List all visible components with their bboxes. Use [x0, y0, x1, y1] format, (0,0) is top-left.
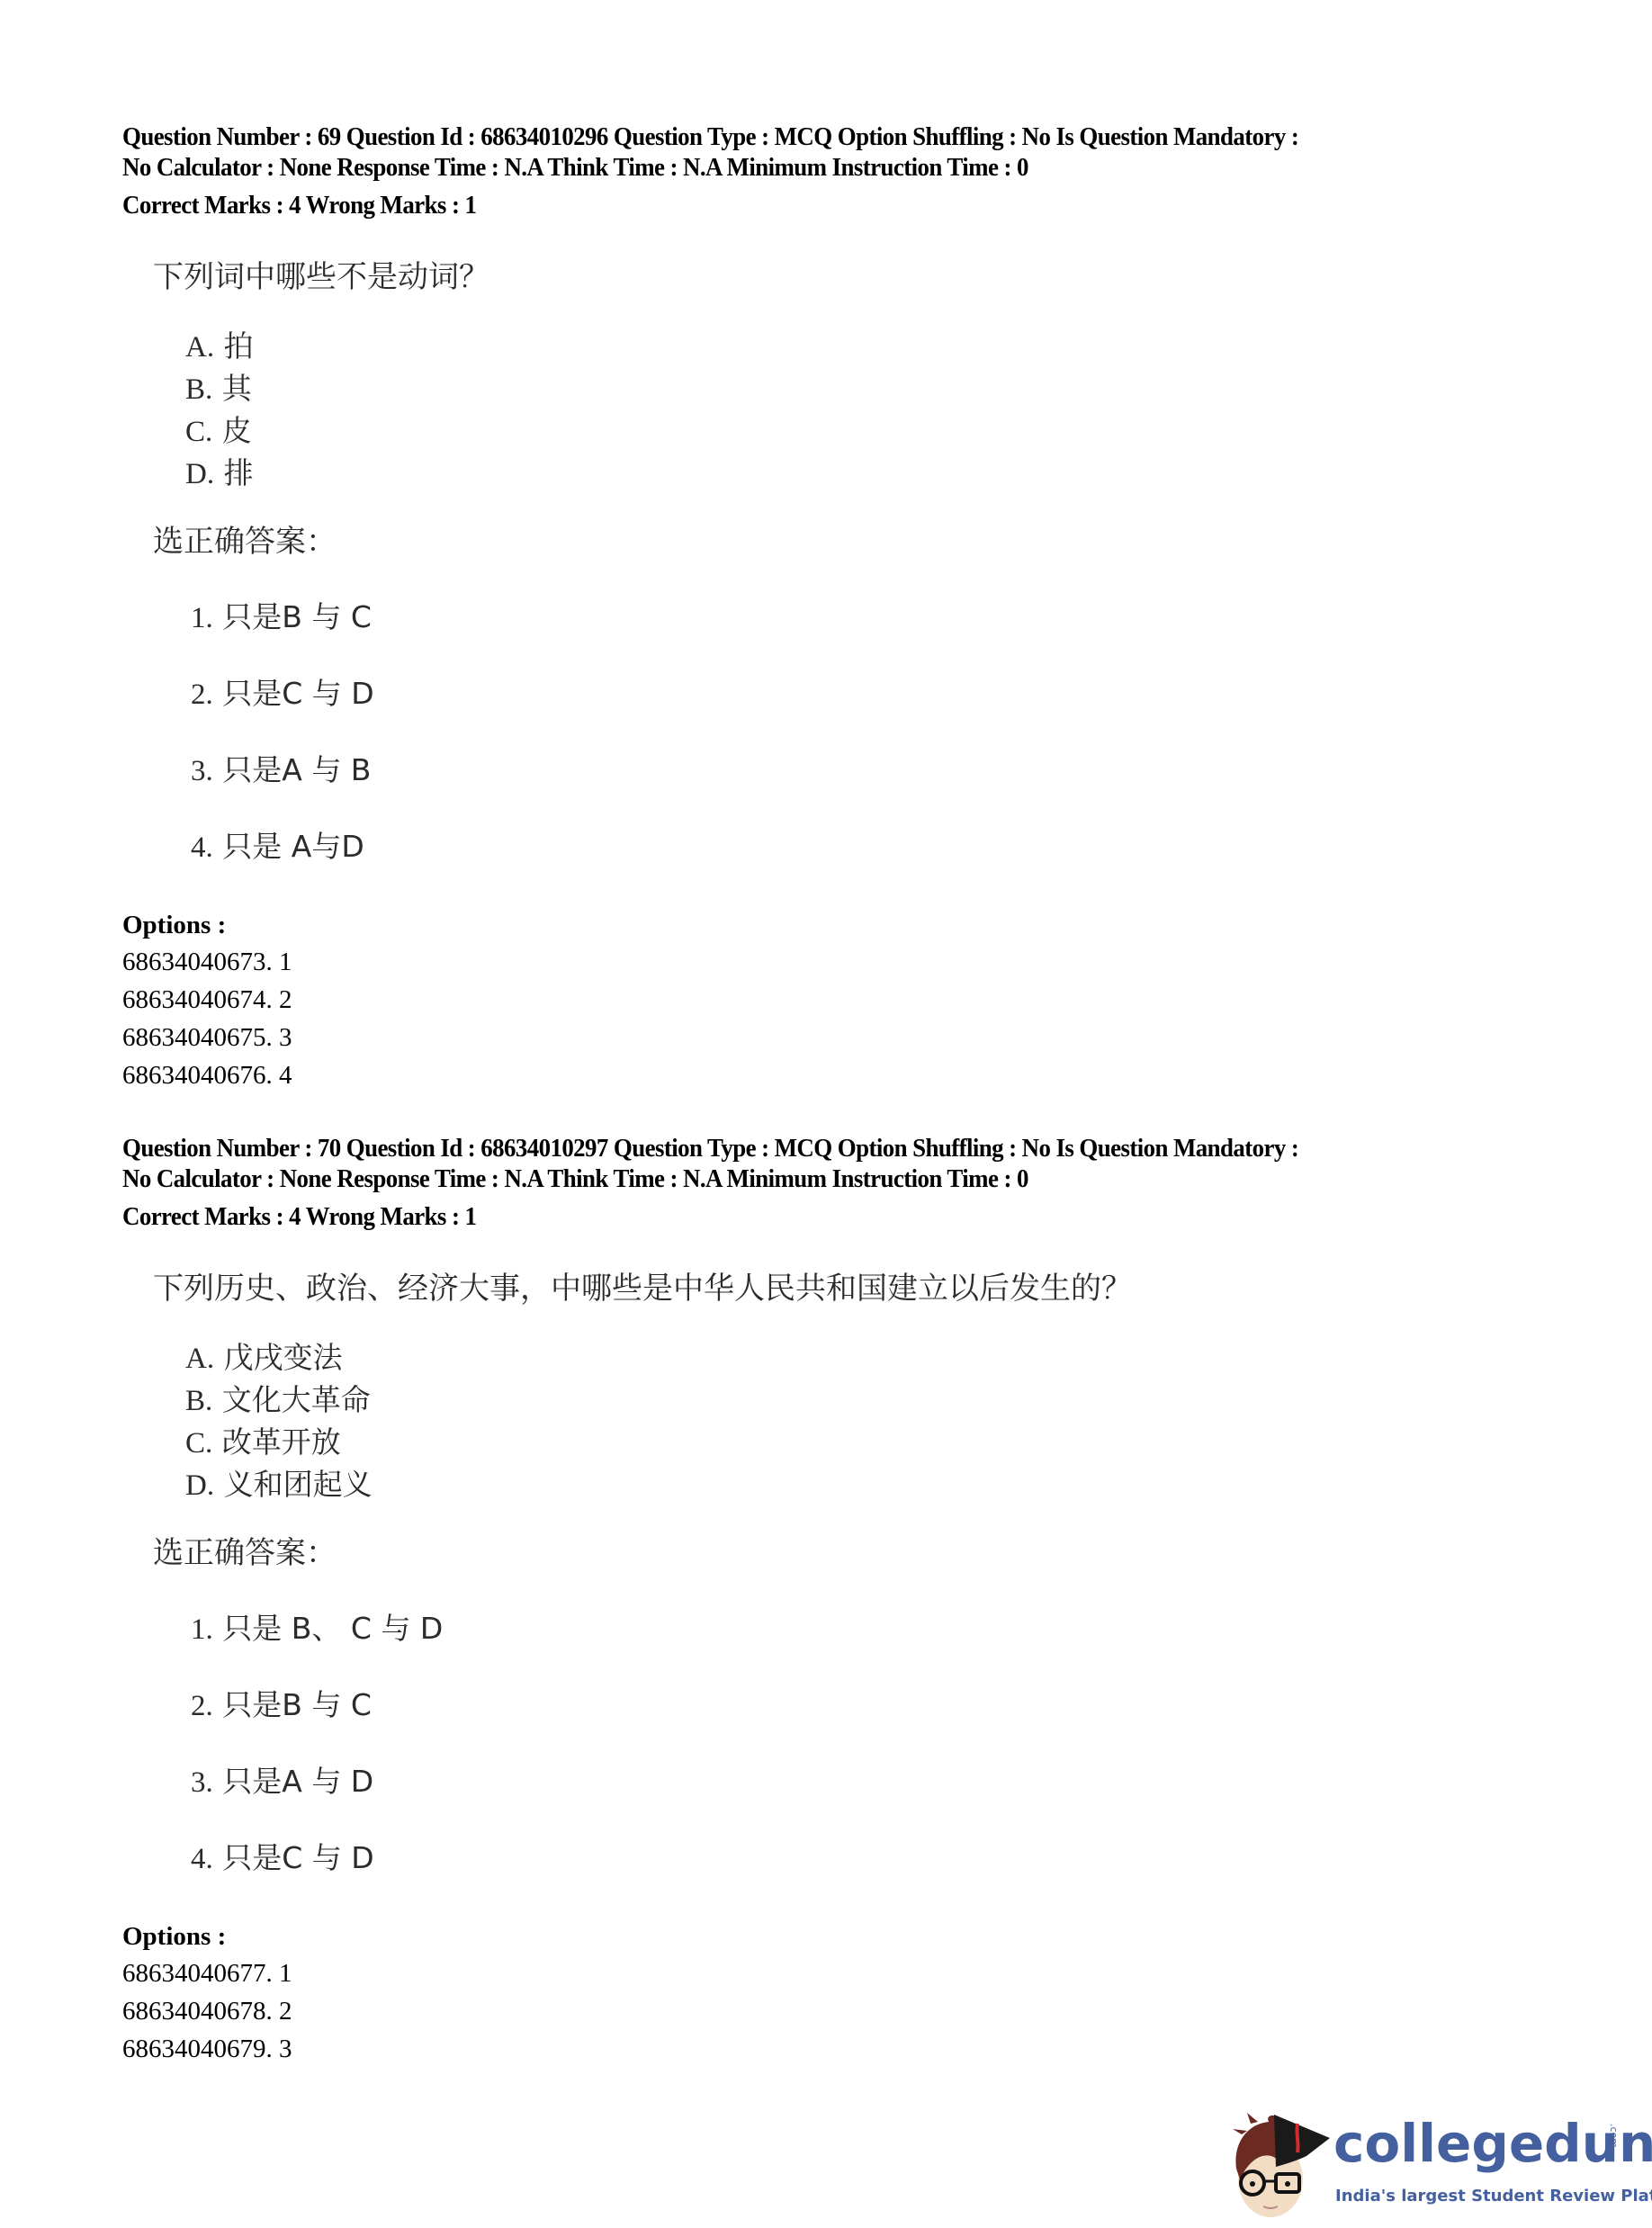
- collegedunia-logo: collegedunia .com India's largest Studen…: [1224, 2097, 1647, 2223]
- option-row: 68634040676. 4: [122, 1056, 1562, 1094]
- question-meta-line-2: No Calculator : None Response Time : N.A…: [122, 1164, 1504, 1195]
- logo-suffix: .com: [1608, 2124, 1620, 2148]
- option-row: 68634040673. 1: [122, 943, 1562, 981]
- logo-tagline: India's largest Student Review Platform: [1335, 2187, 1652, 2206]
- question-marks: Correct Marks : 4 Wrong Marks : 1: [122, 191, 1504, 221]
- answer-item: 2. 只是B 与 C: [191, 1687, 1562, 1764]
- answer-number: 1.: [191, 602, 213, 634]
- answer-number: 3.: [191, 755, 213, 787]
- choice-list: A. 拍 B. 其 C. 皮 D. 排: [185, 326, 1562, 495]
- question-block-70: Question Number : 70 Question Id : 68634…: [122, 1134, 1562, 2068]
- choice-list: A. 戊戌变法 B. 文化大革命 C. 改革开放 D. 义和团起义: [185, 1337, 1562, 1506]
- choice-item: B. 其: [185, 368, 1562, 410]
- question-meta-line-1: Question Number : 69 Question Id : 68634…: [122, 122, 1504, 153]
- options-section: Options : 68634040673. 1 68634040674. 2 …: [122, 907, 1562, 1094]
- question-stem: 下列词中哪些不是动词？: [153, 259, 1562, 295]
- choice-letter: C.: [185, 1427, 212, 1460]
- answer-item: 4. 只是 A与D: [191, 829, 1562, 905]
- question-stem: 下列历史、政治、经济大事，中哪些是中华人民共和国建立以后发生的？: [153, 1271, 1562, 1307]
- choice-text: 排: [224, 455, 254, 490]
- choice-item: D. 义和团起义: [185, 1464, 1562, 1506]
- choice-item: C. 皮: [185, 410, 1562, 453]
- answer-number: 2.: [191, 678, 213, 711]
- options-section: Options : 68634040677. 1 68634040678. 2 …: [122, 1918, 1562, 2068]
- choice-item: D. 排: [185, 453, 1562, 495]
- choice-text: 文化大革命: [222, 1382, 371, 1417]
- choice-letter: B.: [185, 373, 212, 406]
- choice-text: 改革开放: [222, 1424, 341, 1460]
- question-marks: Correct Marks : 4 Wrong Marks : 1: [122, 1202, 1504, 1233]
- choice-item: A. 戊戌变法: [185, 1337, 1562, 1379]
- question-meta-line-2: No Calculator : None Response Time : N.A…: [122, 153, 1504, 184]
- question-meta: Question Number : 70 Question Id : 68634…: [122, 1134, 1562, 1195]
- choice-letter: A.: [185, 1343, 214, 1375]
- answer-text: 只是C 与 D: [222, 676, 373, 711]
- question-image: 下列历史、政治、经济大事，中哪些是中华人民共和国建立以后发生的？ A. 戊戌变法…: [153, 1271, 1562, 1917]
- answer-text: 只是C 与 D: [222, 1840, 373, 1875]
- answer-number: 4.: [191, 1843, 213, 1875]
- choice-letter: A.: [185, 331, 214, 364]
- answer-number: 2.: [191, 1690, 213, 1722]
- answer-text: 只是 B、 C 与 D: [222, 1611, 443, 1646]
- question-meta: Question Number : 69 Question Id : 68634…: [122, 122, 1562, 184]
- choice-letter: D.: [185, 1469, 214, 1502]
- options-title: Options :: [122, 907, 1562, 943]
- question-meta-line-1: Question Number : 70 Question Id : 68634…: [122, 1134, 1504, 1164]
- choice-letter: D.: [185, 458, 214, 490]
- choice-text: 拍: [224, 328, 254, 364]
- choice-item: A. 拍: [185, 326, 1562, 368]
- answer-prompt: 选正确答案：: [153, 524, 1562, 560]
- logo-wordmark: collegedunia: [1333, 2116, 1652, 2170]
- answer-item: 1. 只是B 与 C: [191, 599, 1562, 676]
- answer-list: 1. 只是B 与 C 2. 只是C 与 D 3. 只是A 与 B 4. 只是 A…: [191, 599, 1562, 905]
- answer-number: 1.: [191, 1613, 213, 1646]
- mascot-icon: [1224, 2097, 1336, 2223]
- answer-item: 1. 只是 B、 C 与 D: [191, 1611, 1562, 1687]
- choice-item: C. 改革开放: [185, 1422, 1562, 1464]
- option-row: 68634040678. 2: [122, 1992, 1562, 2030]
- answer-item: 3. 只是A 与 D: [191, 1764, 1562, 1840]
- option-row: 68634040675. 3: [122, 1019, 1562, 1056]
- answer-text: 只是 A与D: [222, 829, 364, 864]
- option-row: 68634040674. 2: [122, 981, 1562, 1019]
- choice-text: 义和团起义: [224, 1467, 373, 1502]
- answer-prompt: 选正确答案：: [153, 1535, 1562, 1571]
- answer-text: 只是A 与 D: [222, 1764, 373, 1799]
- choice-text: 皮: [222, 413, 252, 448]
- options-title: Options :: [122, 1918, 1562, 1954]
- answer-text: 只是B 与 C: [222, 1687, 372, 1722]
- answer-item: 3. 只是A 与 B: [191, 752, 1562, 829]
- answer-number: 3.: [191, 1766, 213, 1799]
- answer-item: 4. 只是C 与 D: [191, 1840, 1562, 1917]
- question-image: 下列词中哪些不是动词？ A. 拍 B. 其 C. 皮 D. 排 选正确答案： 1…: [153, 259, 1562, 905]
- answer-number: 4.: [191, 831, 213, 864]
- choice-text: 戊戌变法: [224, 1340, 343, 1375]
- answer-text: 只是A 与 B: [222, 752, 371, 787]
- choice-text: 其: [222, 371, 252, 406]
- choice-letter: C.: [185, 416, 212, 448]
- option-row: 68634040677. 1: [122, 1954, 1562, 1992]
- option-row: 68634040679. 3: [122, 2030, 1562, 2068]
- answer-list: 1. 只是 B、 C 与 D 2. 只是B 与 C 3. 只是A 与 D 4. …: [191, 1611, 1562, 1917]
- question-block-69: Question Number : 69 Question Id : 68634…: [122, 122, 1562, 1094]
- choice-item: B. 文化大革命: [185, 1379, 1562, 1422]
- choice-letter: B.: [185, 1385, 212, 1417]
- answer-item: 2. 只是C 与 D: [191, 676, 1562, 752]
- answer-text: 只是B 与 C: [222, 599, 372, 634]
